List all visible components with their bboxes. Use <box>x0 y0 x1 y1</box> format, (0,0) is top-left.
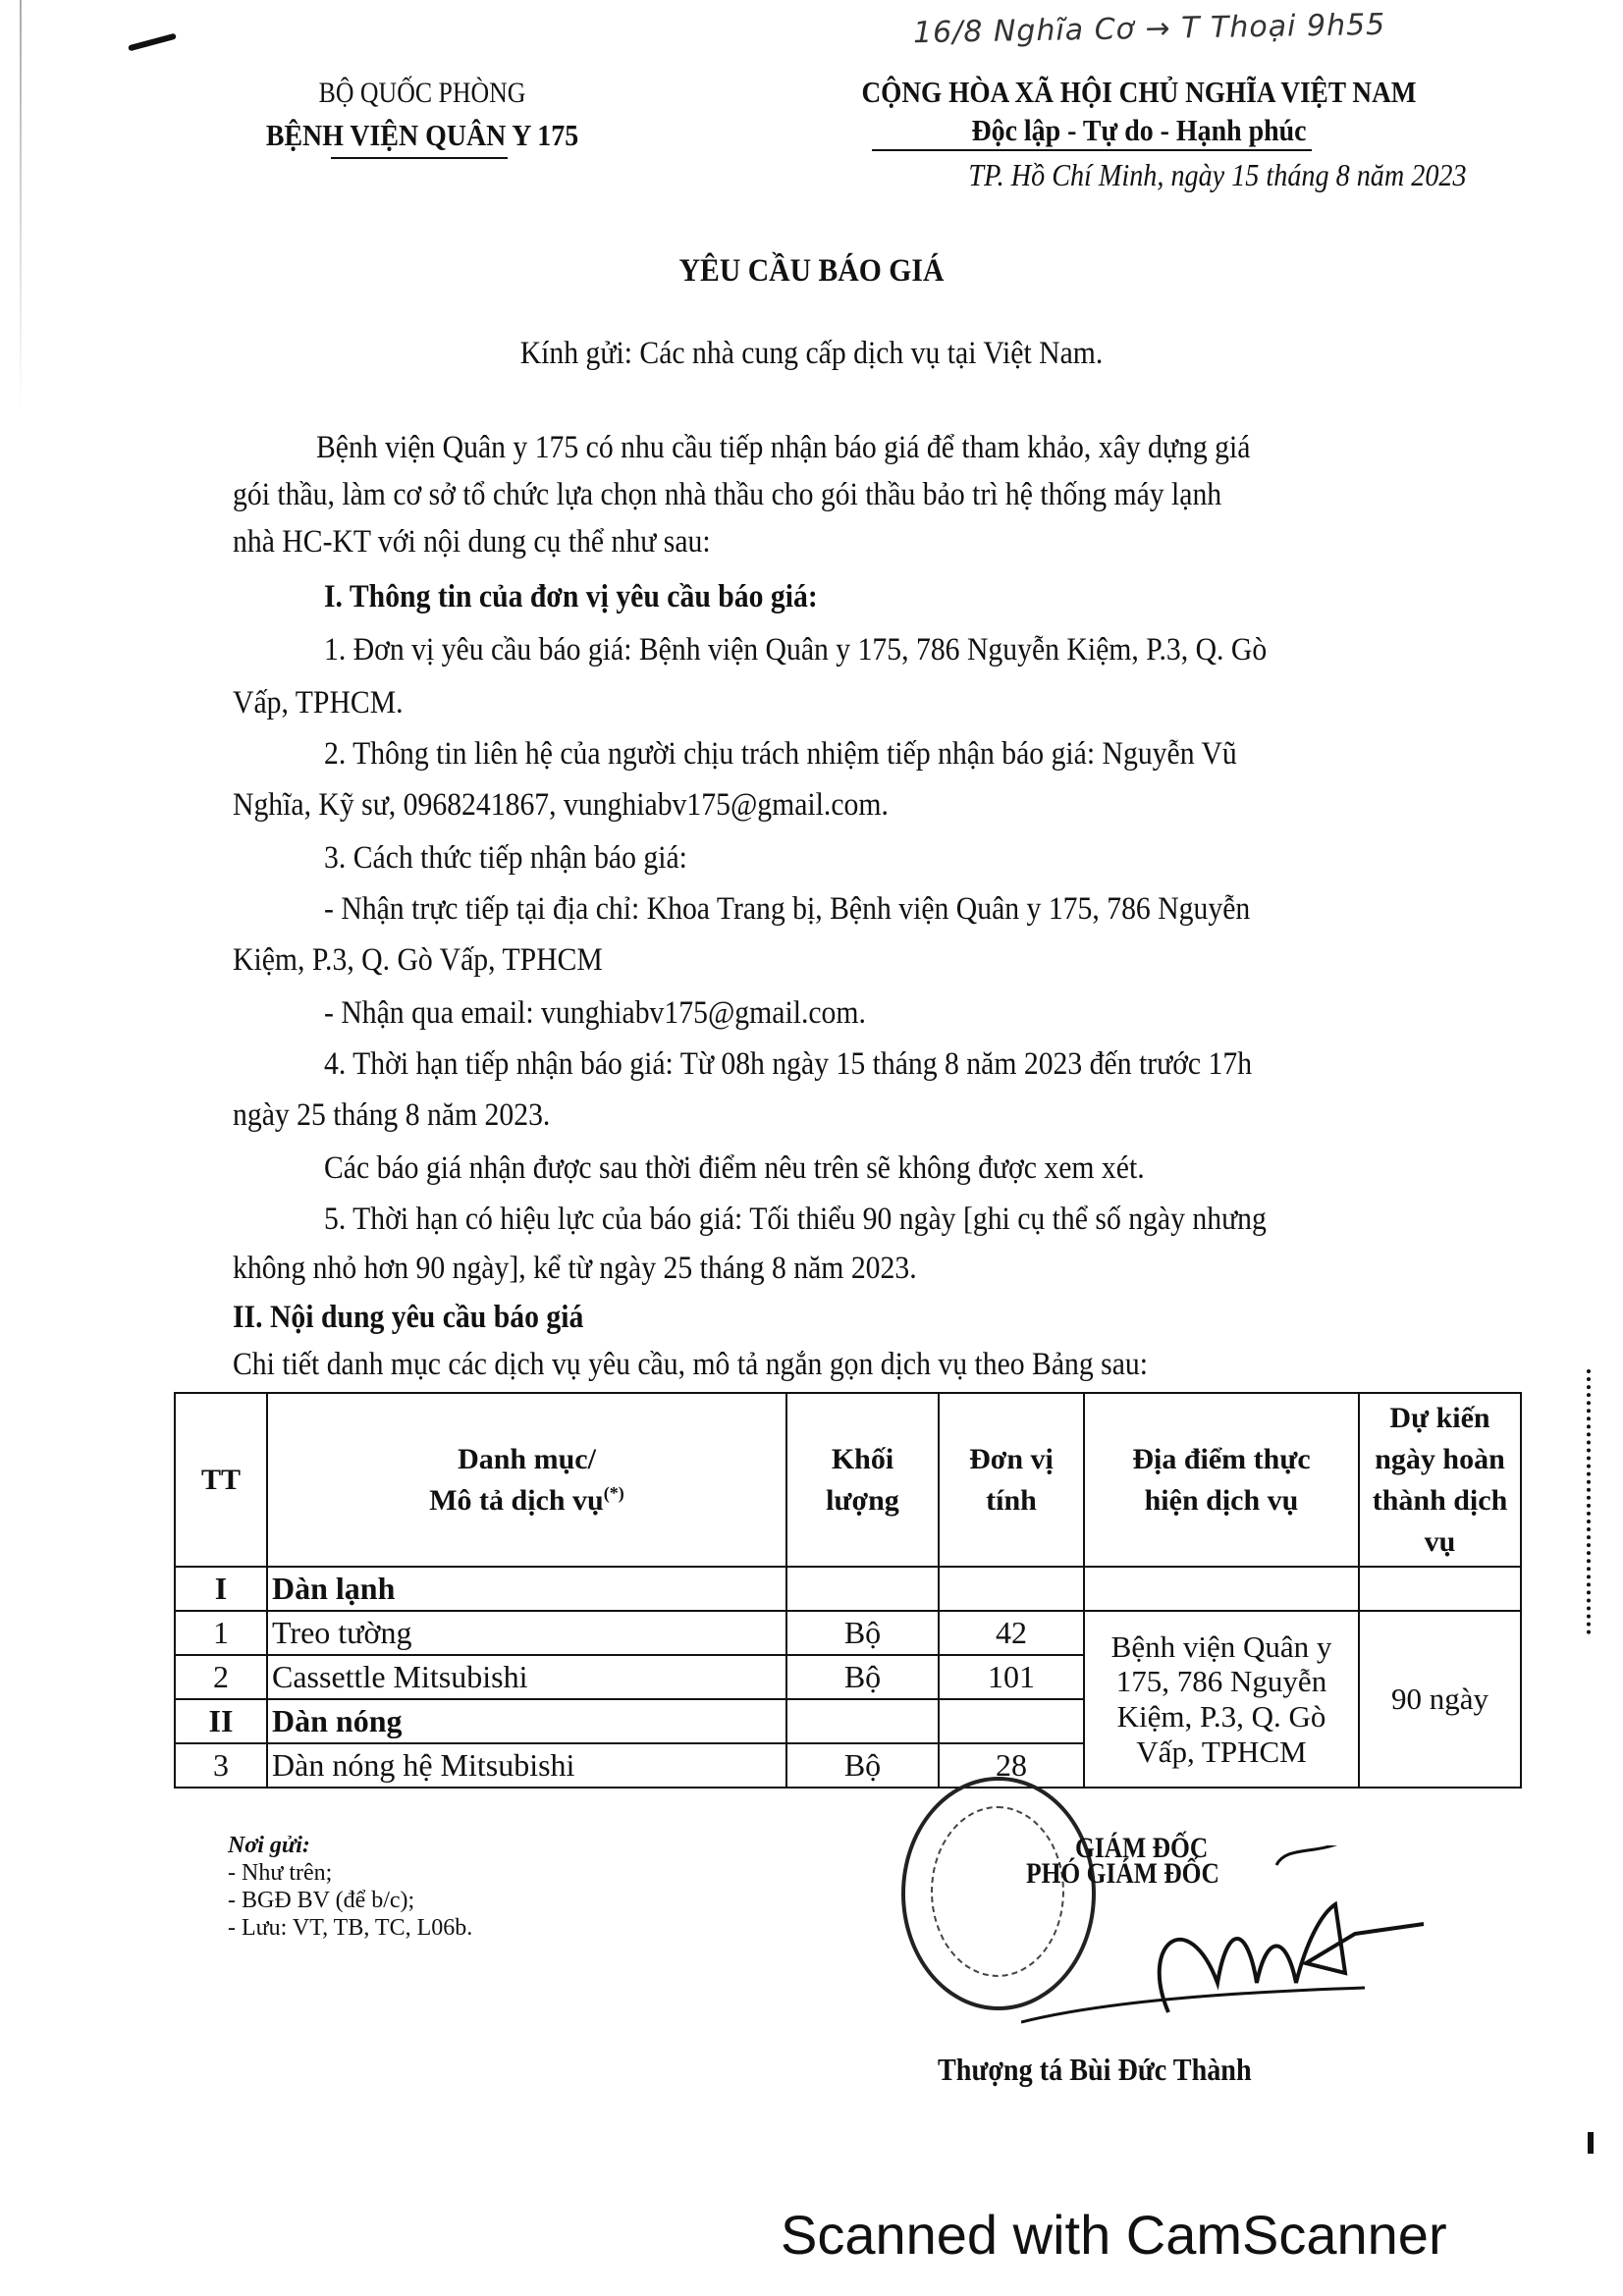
item-4-line-1: 4. Thời hạn tiếp nhận báo giá: Từ 08h ng… <box>324 1048 1464 1081</box>
row-tt: 3 <box>175 1743 267 1788</box>
row-description: Dàn nóng <box>267 1699 786 1743</box>
header-description-line-1: Danh mục/ <box>272 1439 782 1480</box>
row-eta-empty <box>1359 1567 1521 1611</box>
header-divider <box>331 157 508 159</box>
scan-page-edge <box>20 0 22 412</box>
row-unit <box>786 1567 939 1611</box>
item-1-line-1: 1. Đơn vị yêu cầu báo giá: Bệnh viện Quâ… <box>324 634 1464 667</box>
recipients-block: Nơi gửi: - Như trên; - BGĐ BV (để b/c); … <box>228 1832 472 1942</box>
row-tt: 1 <box>175 1611 267 1655</box>
header-quantity: Khối lượng <box>786 1393 939 1567</box>
pen-mark <box>128 33 177 52</box>
row-quantity: 42 <box>939 1611 1084 1655</box>
header-description-text: Mô tả dịch vụ <box>429 1484 604 1517</box>
header-location-line-2: hiện dịch vụ <box>1089 1480 1354 1522</box>
recipient-item: - Như trên; <box>228 1859 472 1887</box>
salutation: Kính gửi: Các nhà cung cấp dịch vụ tại V… <box>81 336 1542 372</box>
camscanner-watermark: Scanned with CamScanner <box>781 2203 1447 2267</box>
handwritten-note: 16/8 Nghĩa Cơ → T Thoại 9h55 <box>913 8 1386 50</box>
late-submission-note: Các báo giá nhận được sau thời điểm nêu … <box>324 1152 1464 1185</box>
item-3-direct-line-1: - Nhận trực tiếp tại địa chỉ: Khoa Trang… <box>324 893 1464 926</box>
document-title: YÊU CẦU BÁO GIÁ <box>81 253 1542 290</box>
national-motto: Độc lập - Tự do - Hạnh phúc <box>883 113 1395 148</box>
row-location-empty <box>1084 1567 1359 1611</box>
row-unit: Bộ <box>786 1655 939 1699</box>
row-description: Cassettle Mitsubishi <box>267 1655 786 1699</box>
handwritten-signature-icon <box>1021 1845 1434 2032</box>
row-unit: Bộ <box>786 1611 939 1655</box>
row-unit <box>786 1699 939 1743</box>
item-5-line-1: 5. Thời hạn có hiệu lực của báo giá: Tối… <box>324 1203 1464 1236</box>
header-quantity-line-2: lượng <box>791 1480 934 1522</box>
header-unit-line-1: Đơn vị <box>944 1439 1079 1480</box>
row-quantity: 101 <box>939 1655 1084 1699</box>
scan-mark <box>1588 2132 1594 2154</box>
country-name: CỘNG HÒA XÃ HỘI CHỦ NGHĨA VIỆT NAM <box>828 75 1450 110</box>
intro-line-2: gói thầu, làm cơ sở tổ chức lựa chọn nhà… <box>233 479 1373 511</box>
item-1-line-2: Vấp, TPHCM. <box>233 687 1373 720</box>
header-eta-line-2: ngày hoàn <box>1364 1439 1516 1480</box>
motto-underline <box>872 149 1312 151</box>
hospital-name: BỆNH VIỆN QUÂN Y 175 <box>192 118 652 153</box>
scan-edge-marks <box>1587 1369 1594 1634</box>
service-location: Bệnh viện Quân y 175, 786 Nguyễn Kiệm, P… <box>1084 1611 1359 1788</box>
row-description: Dàn lạnh <box>267 1567 786 1611</box>
item-3-direct-line-2: Kiệm, P.3, Q. Gò Vấp, TPHCM <box>233 944 1373 977</box>
intro-line-1: Bệnh viện Quân y 175 có nhu cầu tiếp nhậ… <box>316 432 1456 464</box>
item-3: 3. Cách thức tiếp nhận báo giá: <box>324 842 1464 875</box>
ministry-name: BỘ QUỐC PHÒNG <box>202 77 641 110</box>
row-tt: I <box>175 1567 267 1611</box>
item-2-line-1: 2. Thông tin liên hệ của người chịu trác… <box>324 738 1464 771</box>
item-4-line-2: ngày 25 tháng 8 năm 2023. <box>233 1099 1373 1132</box>
section-2-heading: II. Nội dung yêu cầu báo giá <box>233 1302 1373 1334</box>
row-description: Treo tường <box>267 1611 786 1655</box>
completion-eta: 90 ngày <box>1359 1611 1521 1788</box>
section-1-heading: I. Thông tin của đơn vị yêu cầu báo giá: <box>324 581 1464 614</box>
recipient-item: - Lưu: VT, TB, TC, L06b. <box>228 1914 472 1942</box>
header-unit-line-2: tính <box>944 1480 1079 1522</box>
row-quantity <box>939 1567 1084 1611</box>
header-quantity-line-1: Khối <box>791 1439 934 1480</box>
signer-name: Thượng tá Bùi Đức Thành <box>938 2052 1252 2088</box>
service-quote-table: TT Danh mục/ Mô tả dịch vụ(*) Khối lượng… <box>174 1392 1522 1789</box>
row-quantity <box>939 1699 1084 1743</box>
recipient-item: - BGĐ BV (để b/c); <box>228 1887 472 1914</box>
header-location: Địa điểm thực hiện dịch vụ <box>1084 1393 1359 1567</box>
header-description-line-2: Mô tả dịch vụ(*) <box>272 1480 782 1522</box>
intro-line-3: nhà HC-KT với nội dung cụ thể như sau: <box>233 526 1373 559</box>
table-header-row: TT Danh mục/ Mô tả dịch vụ(*) Khối lượng… <box>175 1393 1521 1567</box>
item-2-line-2: Nghĩa, Kỹ sư, 0968241867, vunghiabv175@g… <box>233 789 1373 822</box>
row-tt: II <box>175 1699 267 1743</box>
footnote-marker: (*) <box>604 1483 624 1503</box>
header-eta-line-3: thành dịch <box>1364 1480 1516 1522</box>
table-intro: Chi tiết danh mục các dịch vụ yêu cầu, m… <box>233 1349 1373 1381</box>
row-tt: 2 <box>175 1655 267 1699</box>
table-row: I Dàn lạnh <box>175 1567 1521 1611</box>
header-description: Danh mục/ Mô tả dịch vụ(*) <box>267 1393 786 1567</box>
item-3-email: - Nhận qua email: vunghiabv175@gmail.com… <box>324 997 1464 1030</box>
header-eta-line-4: vụ <box>1364 1522 1516 1563</box>
recipients-title: Nơi gửi: <box>228 1832 472 1859</box>
table-row: 1 Treo tường Bộ 42 Bệnh viện Quân y 175,… <box>175 1611 1521 1655</box>
row-unit: Bộ <box>786 1743 939 1788</box>
row-description: Dàn nóng hệ Mitsubishi <box>267 1743 786 1788</box>
header-eta: Dự kiến ngày hoàn thành dịch vụ <box>1359 1393 1521 1567</box>
header-unit: Đơn vị tính <box>939 1393 1084 1567</box>
header-location-line-1: Địa điểm thực <box>1089 1439 1354 1480</box>
item-5-line-2: không nhỏ hơn 90 ngày], kể từ ngày 25 th… <box>233 1253 1373 1285</box>
header-eta-line-1: Dự kiến <box>1364 1398 1516 1439</box>
header-tt: TT <box>175 1393 267 1567</box>
document-date: TP. Hồ Chí Minh, ngày 15 tháng 8 năm 202… <box>924 157 1511 193</box>
